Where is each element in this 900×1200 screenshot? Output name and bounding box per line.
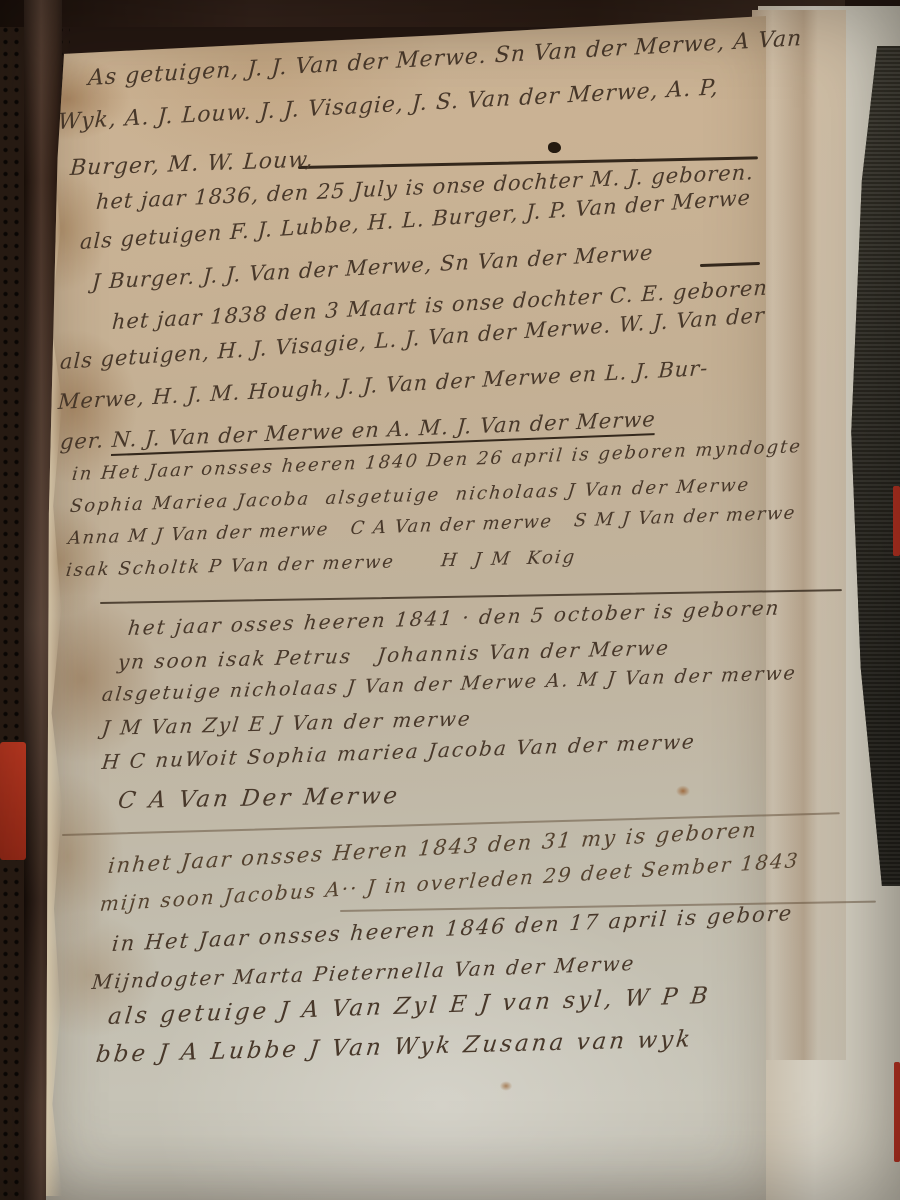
photographed-family-register-page: As getuigen, J. J. Van der Merwe. Sn Van… bbox=[0, 0, 900, 1200]
red-ribbon-sliver bbox=[893, 486, 900, 556]
red-cloth-patch bbox=[0, 742, 26, 860]
line-prefix: ger. bbox=[59, 428, 113, 454]
manuscript-line: C A Van Der Merwe bbox=[117, 785, 402, 813]
ink-blob bbox=[548, 142, 561, 153]
red-ribbon-sliver bbox=[894, 1062, 900, 1162]
